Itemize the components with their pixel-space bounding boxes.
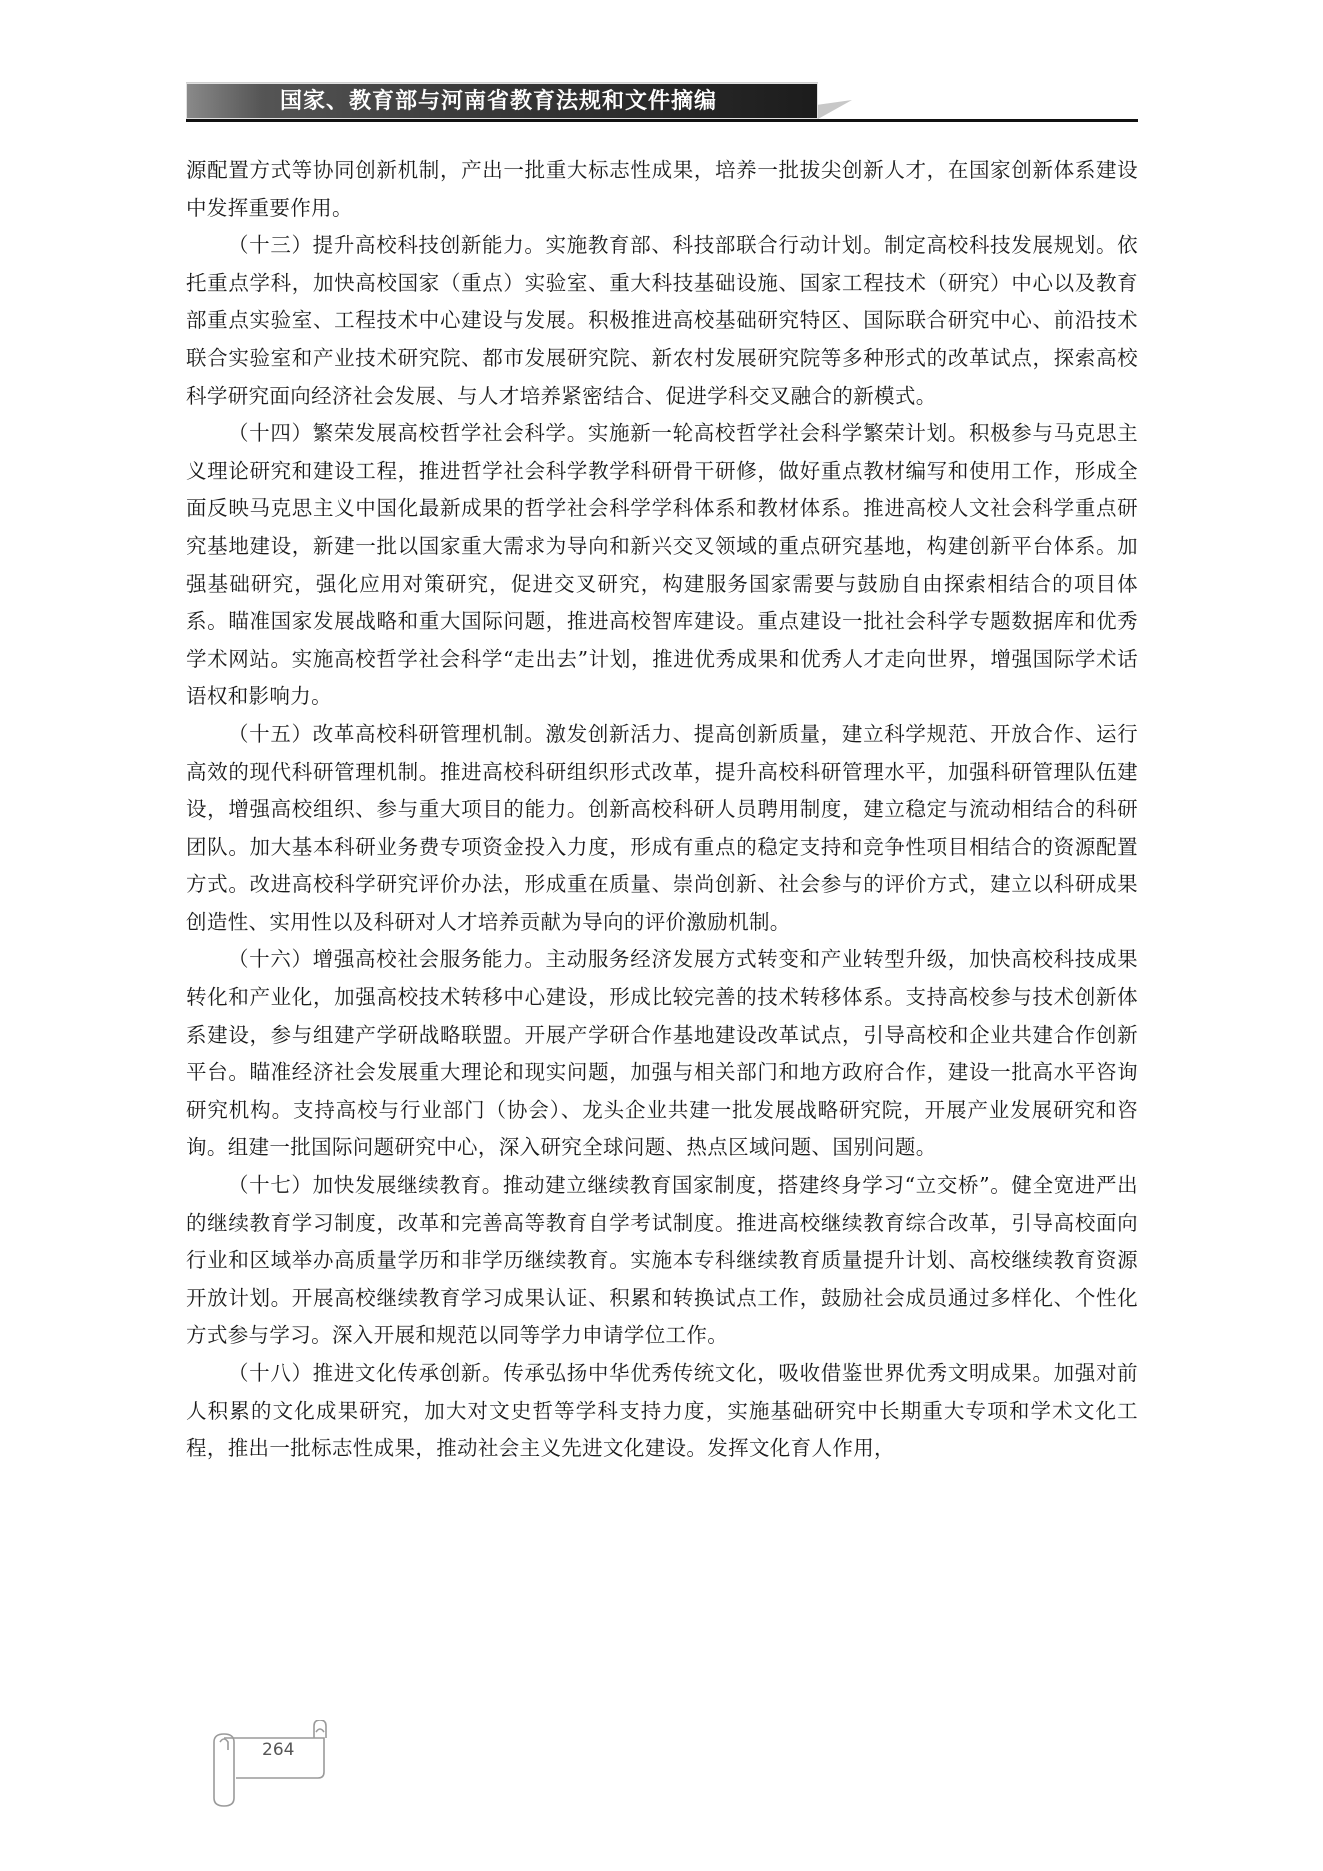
scroll-icon [206, 1720, 336, 1810]
banner-tail-triangle [818, 100, 852, 119]
running-header: 国家、教育部与河南省教育法规和文件摘编 [186, 82, 1138, 124]
paragraph-continuation: 源配置方式等协同创新机制，产出一批重大标志性成果，培养一批拔尖创新人才，在国家创… [186, 152, 1138, 227]
header-title: 国家、教育部与河南省教育法规和文件摘编 [280, 86, 717, 116]
header-rule [186, 119, 1138, 122]
page-number: 264 [262, 1740, 294, 1760]
body-text: 源配置方式等协同创新机制，产出一批重大标志性成果，培养一批拔尖创新人才，在国家创… [186, 152, 1138, 1468]
page-number-ornament: 264 [206, 1720, 336, 1810]
paragraph-item-16: （十六）增强高校社会服务能力。主动服务经济发展方式转变和产业转型升级，加快高校科… [186, 941, 1138, 1167]
paragraph-item-17: （十七）加快发展继续教育。推动建立继续教育国家制度，搭建终身学习“立交桥”。健全… [186, 1167, 1138, 1355]
header-banner: 国家、教育部与河南省教育法规和文件摘编 [186, 82, 818, 119]
paragraph-item-15: （十五）改革高校科研管理机制。激发创新活力、提高创新质量，建立科学规范、开放合作… [186, 716, 1138, 942]
paragraph-item-18: （十八）推进文化传承创新。传承弘扬中华优秀传统文化，吸收借鉴世界优秀文明成果。加… [186, 1355, 1138, 1468]
paragraph-item-14: （十四）繁荣发展高校哲学社会科学。实施新一轮高校哲学社会科学繁荣计划。积极参与马… [186, 415, 1138, 716]
paragraph-item-13: （十三）提升高校科技创新能力。实施教育部、科技部联合行动计划。制定高校科技发展规… [186, 227, 1138, 415]
